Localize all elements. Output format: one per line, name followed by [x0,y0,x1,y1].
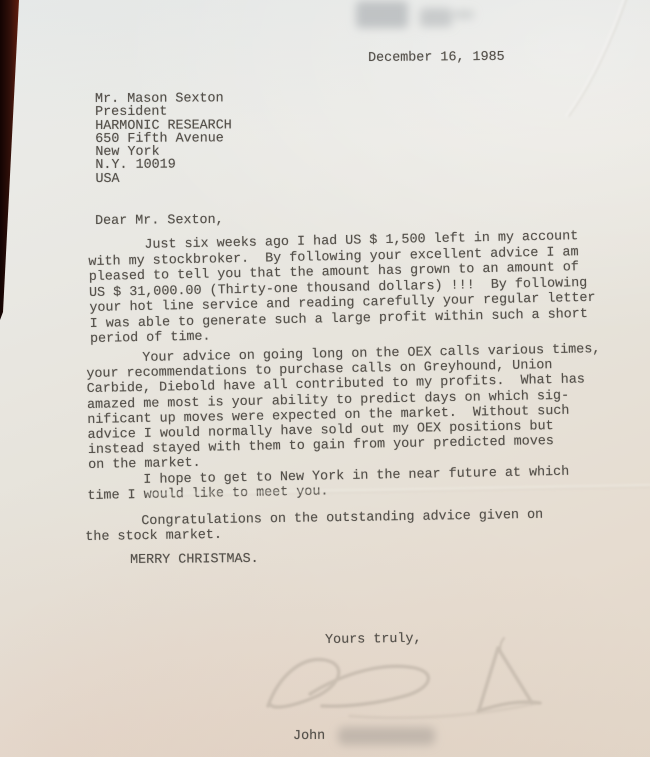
closing-valediction: Yours truly, [325,632,422,648]
salutation: Dear Mr. Sexton, [95,213,224,229]
signer-first-name: John [293,729,325,744]
photo-of-letter: December 16, 1985 Mr. Mason Sexton Presi… [0,0,650,757]
paragraph-2: Your advice on going long on the OEX cal… [86,342,603,473]
recipient-address: Mr. Mason Sexton President HARMONIC RESE… [95,92,232,186]
christmas-greeting: MERRY CHRISTMAS. [130,552,259,568]
date-line: December 16, 1985 [368,50,505,66]
paragraph-1: Just six weeks ago I had US $ 1,500 left… [88,229,596,348]
